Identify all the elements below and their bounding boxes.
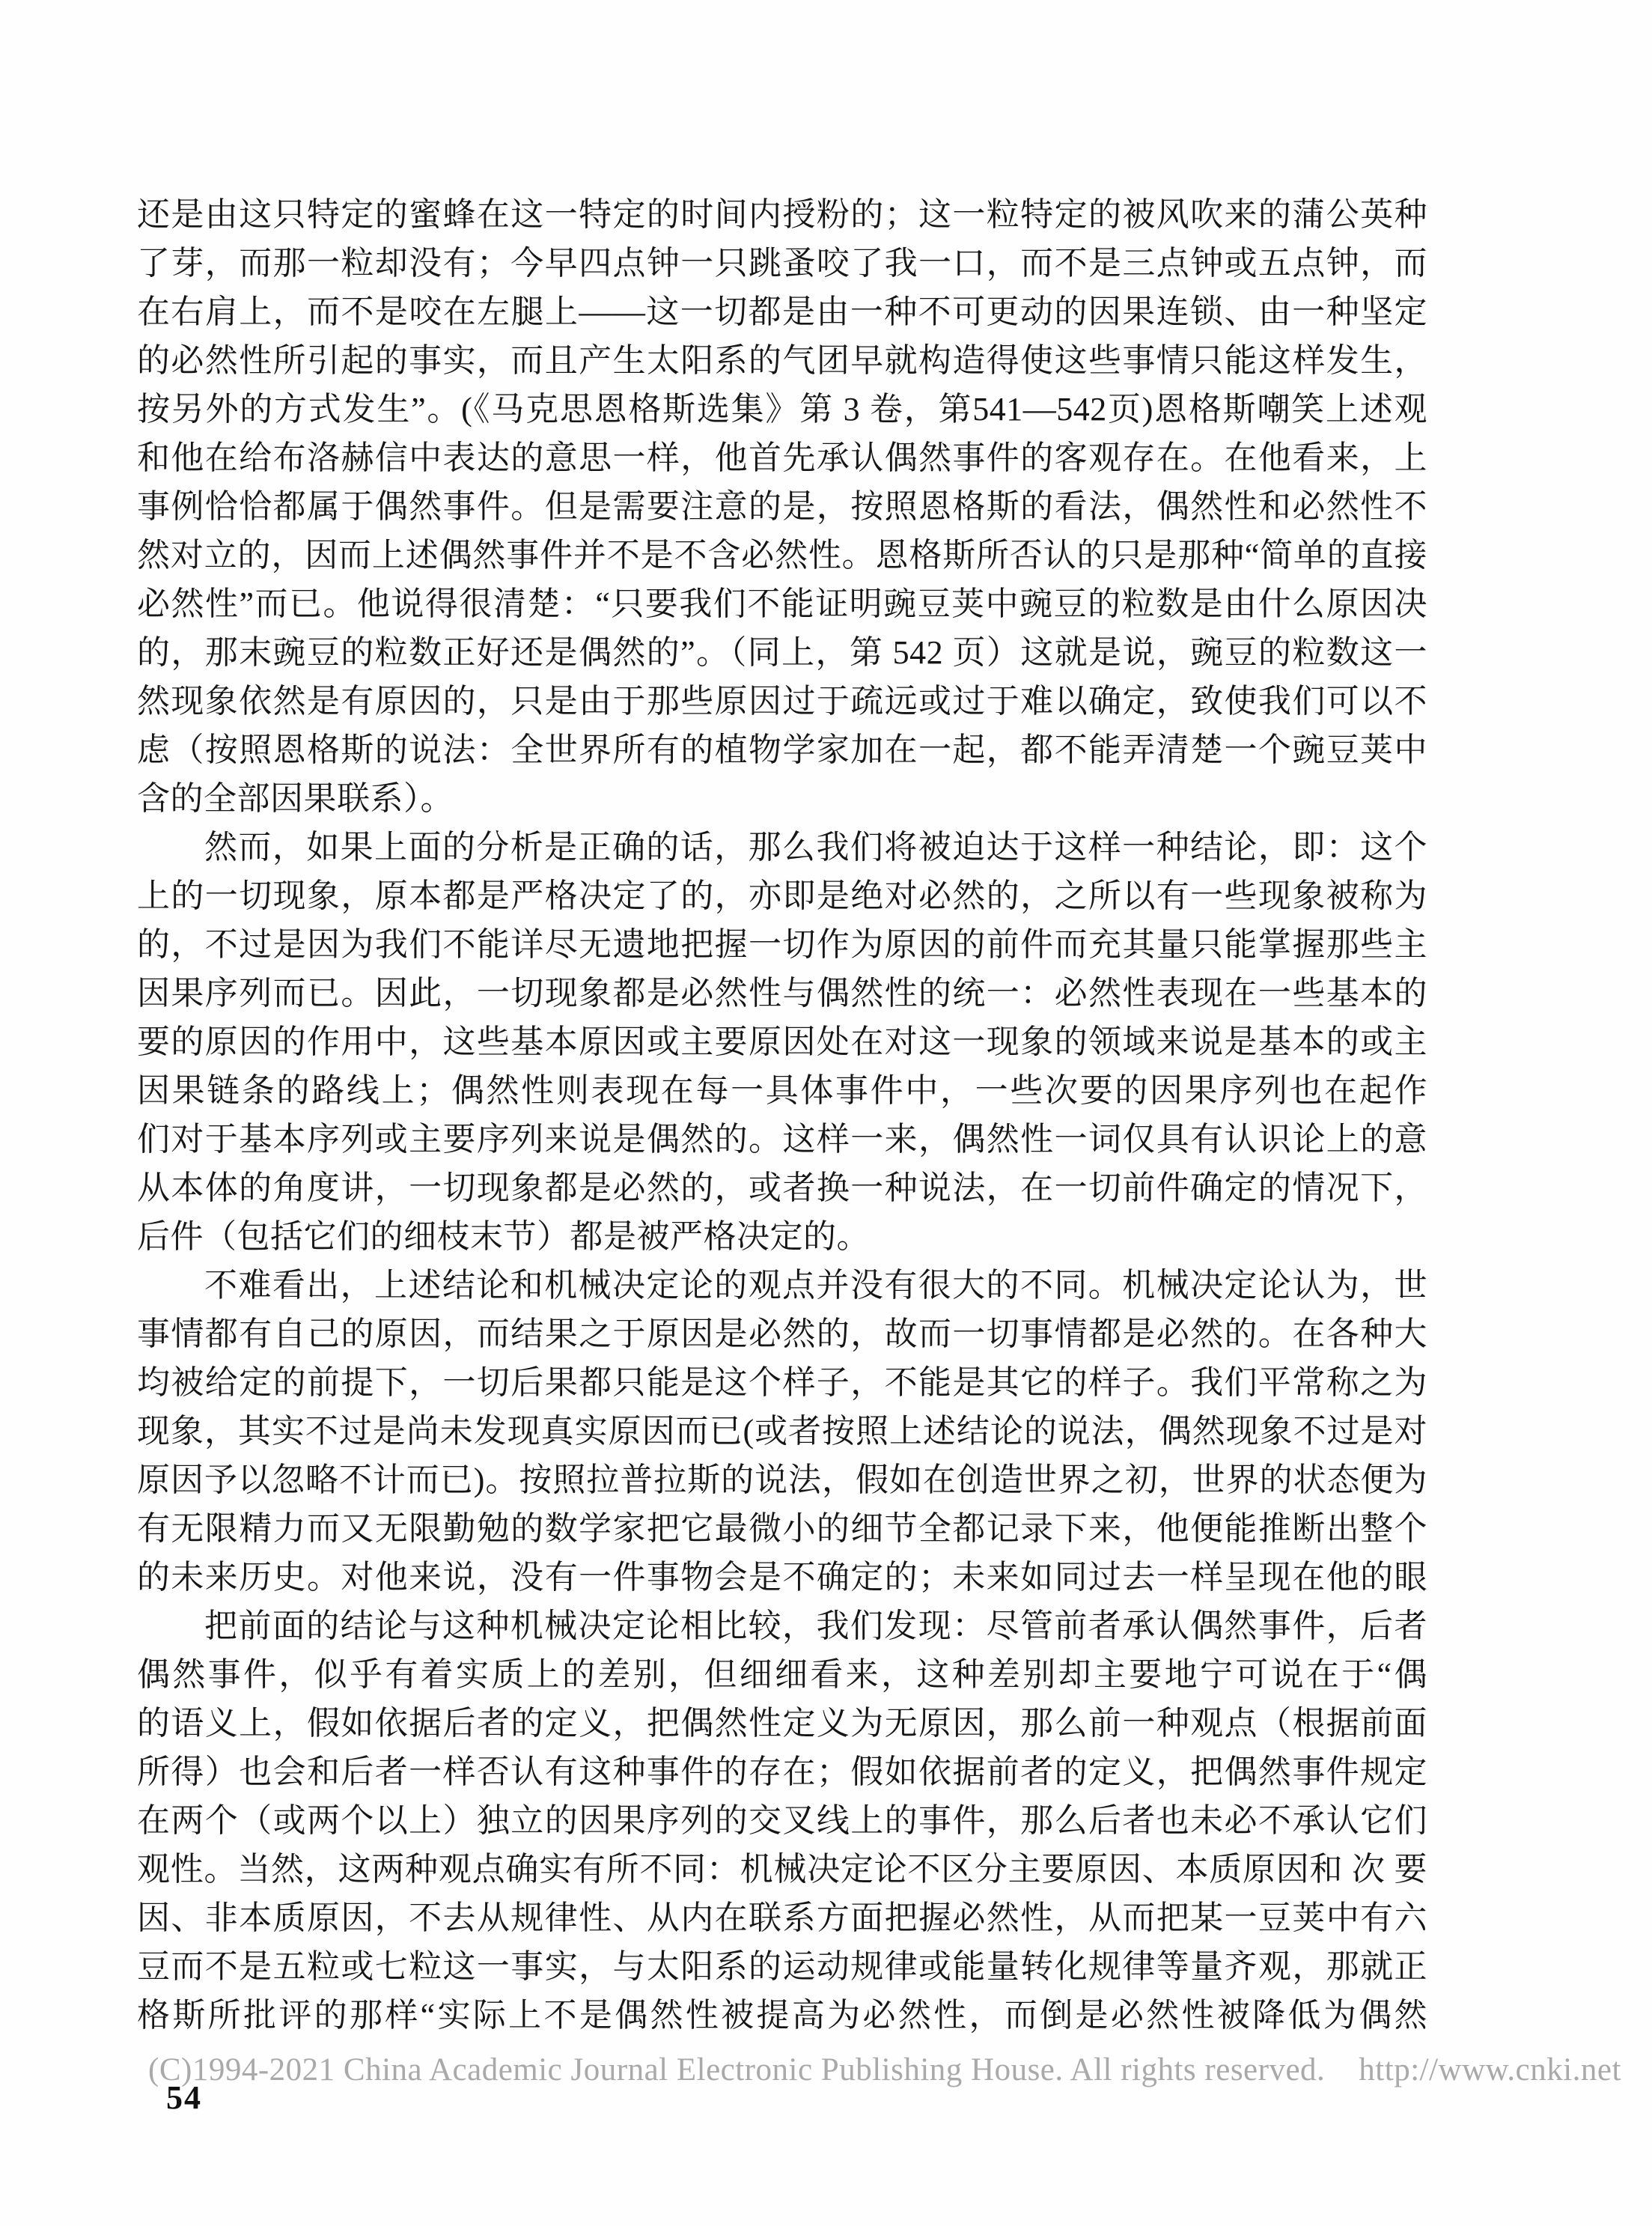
scanned-page: 还是由这只特定的蜜蜂在这一特定的时间内授粉的；这一粒特定的被风吹来的蒲公英种子发… <box>0 0 1652 2226</box>
text-line: 然而，如果上面的分析是正确的话，那么我们将被迫达于这样一种结论，即：这个世界 <box>137 823 1427 872</box>
text-line: 不难看出，上述结论和机械决定论的观点并没有很大的不同。机械决定论认为，世上一切 <box>137 1261 1427 1310</box>
text-line: 观性。当然，这两种观点确实有所不同：机械决定论不区分主要原因、本质原因和 次 要… <box>137 1845 1427 1894</box>
text-line: 后件（包括它们的细枝末节）都是被严格决定的。 <box>137 1212 1427 1261</box>
text-line: 原因予以忽略不计而已)。按照拉普拉斯的说法，假如在创造世界之初，世界的状态便为一… <box>137 1456 1427 1504</box>
text-line: 事情都有自己的原因，而结果之于原因是必然的，故而一切事情都是必然的。在各种大小原… <box>137 1310 1427 1358</box>
text-line: 在两个（或两个以上）独立的因果序列的交叉线上的事件，那么后者也未必不承认它们的客 <box>137 1796 1427 1845</box>
text-line: 把前面的结论与这种机械决定论相比较，我们发现：尽管前者承认偶然事件，后者否认 <box>137 1602 1427 1650</box>
text-line: 然对立的，因而上述偶然事件并不是不含必然性。恩格斯所否认的只是那种“简单的直接的 <box>137 531 1427 580</box>
text-line: 和他在给布洛赫信中表达的意思一样，他首先承认偶然事件的客观存在。在他看来，上述各… <box>137 434 1427 482</box>
text-line: 因、非本质原因，不去从规律性、从内在联系方面把握必然性，从而把某一豆荚中有六粒豌 <box>137 1894 1427 1942</box>
text-line: 必然性”而已。他说得很清楚：“只要我们不能证明豌豆荚中豌豆的粒数是由什么原因决定 <box>137 580 1427 628</box>
document-text: 还是由这只特定的蜜蜂在这一特定的时间内授粉的；这一粒特定的被风吹来的蒲公英种子发… <box>137 190 1427 2040</box>
text-line: 要的原因的作用中，这些基本原因或主要原因处在对这一现象的领域来说是基本的或主要的 <box>137 1018 1427 1066</box>
text-line: 现象，其实不过是尚未发现真实原因而已(或者按照上述结论的说法，偶然现象不过是对次… <box>137 1407 1427 1456</box>
text-line: 事例恰恰都属于偶然事件。但是需要注意的是，按照恩格斯的看法，偶然性和必然性不是截 <box>137 482 1427 531</box>
text-line: 然现象依然是有原因的，只是由于那些原因过于疏远或过于难以确定，致使我们可以不予考 <box>137 677 1427 726</box>
text-line: 的，不过是因为我们不能详尽无遗地把握一切作为原因的前件而充其量只能掌握那些主要的 <box>137 920 1427 969</box>
text-line: 的语义上，假如依据后者的定义，把偶然性定义为无原因，那么前一种观点（根据前面分析 <box>137 1699 1427 1748</box>
text-line: 的，那末豌豆的粒数正好还是偶然的”。（同上，第 542 页）这就是说，豌豆的粒数… <box>137 628 1427 677</box>
text-line: 含的全部因果联系）。 <box>137 774 1427 823</box>
text-line: 按另外的方式发生”。(《马克思恩格斯选集》第 3 卷，第541—542页)恩格斯… <box>137 385 1427 434</box>
text-line: 偶然事件，似乎有着实质上的差别，但细细看来，这种差别却主要地宁可说在于“偶然”一… <box>137 1650 1427 1699</box>
text-line: 因果序列而已。因此，一切现象都是必然性与偶然性的统一：必然性表现在一些基本的或主 <box>137 969 1427 1018</box>
text-line: 所得）也会和后者一样否认有这种事件的存在；假如依据前者的定义，把偶然事件规定为处 <box>137 1748 1427 1796</box>
text-line: 还是由这只特定的蜜蜂在这一特定的时间内授粉的；这一粒特定的被风吹来的蒲公英种子发 <box>137 190 1427 239</box>
text-line: 豆而不是五粒或七粒这一事实，与太阳系的运动规律或能量转化规律等量齐观，那就正如恩 <box>137 1942 1427 1991</box>
text-line: 的必然性所引起的事实，而且产生太阳系的气团早就构造得使这些事情只能这样发生，而不… <box>137 336 1427 385</box>
text-line: 的未来历史。对他来说，没有一件事物会是不确定的；未来如同过去一样呈现在他的眼前。 <box>137 1553 1427 1602</box>
text-line: 从本体的角度讲，一切现象都是必然的，或者换一种说法，在一切前件确定的情况下，任一 <box>137 1164 1427 1212</box>
text-line: 在右肩上，而不是咬在左腿上——这一切都是由一种不可更动的因果连锁、由一种坚定不移 <box>137 288 1427 336</box>
text-line: 因果链条的路线上；偶然性则表现在每一具体事件中，一些次要的因果序列也在起作用，它 <box>137 1066 1427 1115</box>
text-line: 们对于基本序列或主要序列来说是偶然的。这样一来，偶然性一词仅具有认识论上的意义，… <box>137 1115 1427 1164</box>
text-line: 了芽，而那一粒却没有；今早四点钟一只跳蚤咬了我一口，而不是三点钟或五点钟，而且是… <box>137 239 1427 288</box>
text-line: 上的一切现象，原本都是严格决定了的，亦即是绝对必然的，之所以有一些现象被称为偶然 <box>137 872 1427 920</box>
text-line: 格斯所批评的那样“实际上不是偶然性被提高为必然性，而倒是必然性被降低为偶然性”， <box>137 1991 1427 2040</box>
text-line: 均被给定的前提下，一切后果都只能是这个样子，不能是其它的样子。我们平常称之为偶然… <box>137 1358 1427 1407</box>
page-number: 54 <box>166 2078 202 2117</box>
text-line: 虑（按照恩格斯的说法：全世界所有的植物学家加在一起，都不能弄清楚一个豌豆荚中所包 <box>137 726 1427 774</box>
copyright-watermark: (C)1994-2021 China Academic Journal Elec… <box>148 2052 1645 2088</box>
text-line: 有无限精力而又无限勤勉的数学家把它最微小的细节全都记录下来，他便能推断出整个世界 <box>137 1504 1427 1553</box>
